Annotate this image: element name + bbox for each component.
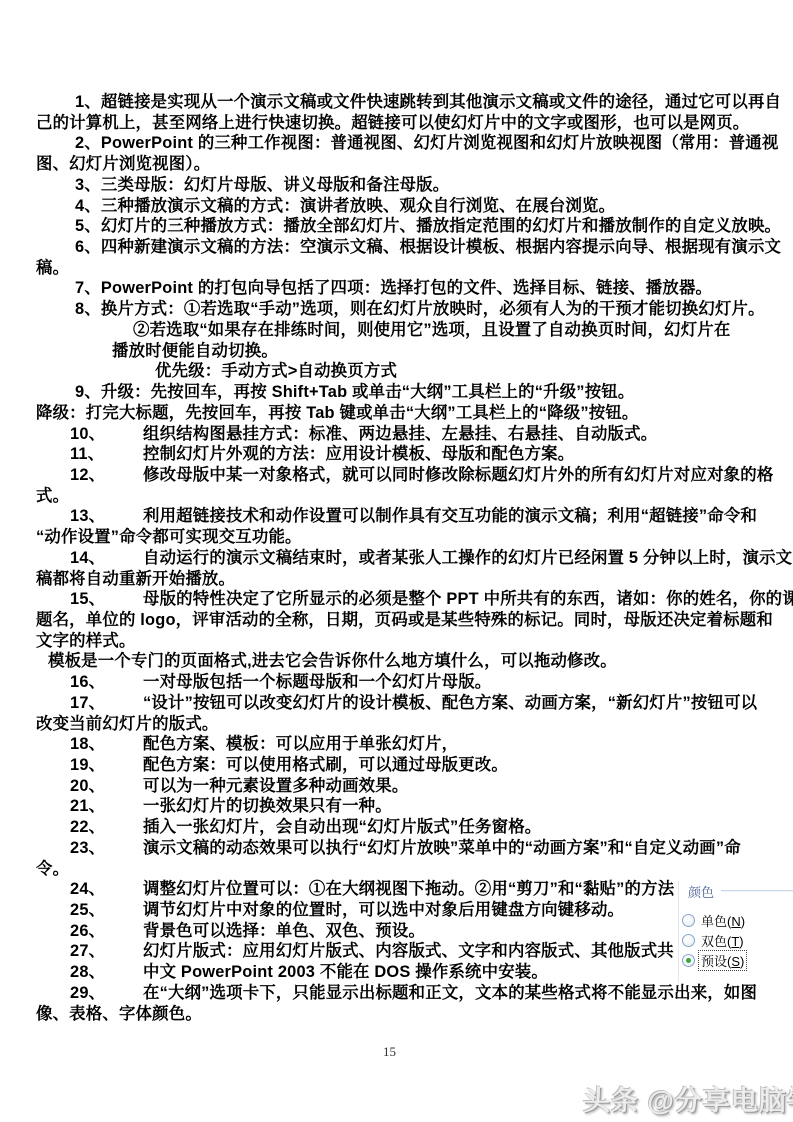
text-line: 13、利用超链接技术和动作设置可以制作具有交互功能的演示文稿；利用“超链接”命令… (70, 506, 760, 527)
list-item-number: 24、 (70, 879, 143, 900)
text-line: 19、配色方案：可以使用格式刷，可以通过母版更改。 (70, 755, 760, 776)
text-line: 降级：打完大标题，先按回车，再按 Tab 键或单击“大纲”工具栏上的“降级”按钮… (36, 403, 760, 424)
text-line: 己的计算机上，甚至网络上进行快速切换。超链接可以使幻灯片中的文字或图形，也可以是… (36, 113, 760, 134)
text-line: 1、超链接是实现从一个演示文稿或文件快速跳转到其他演示文稿或文件的途径，通过它可… (75, 92, 760, 113)
watermark-text: 头条 @分享电脑学习 (583, 1079, 793, 1118)
groupbox-divider (721, 890, 793, 892)
radio-option-N[interactable]: 单色(N) (682, 910, 747, 930)
radio-icon[interactable] (682, 934, 695, 947)
radio-option-T[interactable]: 双色(T) (682, 930, 747, 950)
text-line: 20、可以为一种元素设置多种动画效果。 (70, 776, 760, 797)
text-line: 播放时便能自动切换。 (112, 341, 760, 362)
color-group-title: 颜色 (688, 882, 714, 901)
text-line: 23、演示文稿的动态效果可以执行“幻灯片放映”菜单中的“动画方案”和“自定义动画… (70, 838, 760, 859)
text-line: 29、在“大纲”选项卡下，只能显示出标题和正文，文本的某些格式将不能显示出来，如… (70, 983, 760, 1004)
color-options: 单色(N)双色(T)预设(S) (682, 910, 747, 970)
text-line: 令。 (36, 859, 760, 880)
radio-option-S[interactable]: 预设(S) (682, 950, 747, 970)
text-line: 像、表格、字体颜色。 (36, 1004, 760, 1025)
text-line: ②若选取“如果存在排练时间，则使用它”选项，且设置了自动换页时间，幻灯片在 (133, 320, 760, 341)
text-line: 改变当前幻灯片的版式。 (36, 714, 760, 735)
text-line: 26、背景色可以选择：单色、双色、预设。 (70, 921, 760, 942)
list-item-number: 22、 (70, 817, 143, 838)
list-item-number: 23、 (70, 838, 143, 859)
text-line: 9、升级：先按回车，再按 Shift+Tab 或单击“大纲”工具栏上的“升级”按… (75, 382, 760, 403)
list-item-number: 29、 (70, 983, 143, 1004)
text-line: 优先级：手动方式>自动换页方式 (155, 361, 760, 382)
text-line: 式。 (36, 486, 760, 507)
text-line: 稿都将自动重新开始播放。 (36, 569, 760, 590)
text-line: 24、调整幻灯片位置可以：①在大纲视图下拖动。②用“剪刀”和“黏贴”的方法 (70, 879, 760, 900)
text-line: 17、“设计”按钮可以改变幻灯片的设计模板、配色方案、动画方案，“新幻灯片”按钮… (70, 693, 760, 714)
text-line: 2、PowerPoint 的三种工作视图：普通视图、幻灯片浏览视图和幻灯片放映视… (75, 133, 760, 154)
document-body: 1、超链接是实现从一个演示文稿或文件快速跳转到其他演示文稿或文件的途径，通过它可… (36, 92, 760, 1024)
text-line: 27、幻灯片版式：应用幻灯片版式、内容版式、文字和内容版式、其他版式共 31 (70, 941, 760, 962)
list-item-number: 19、 (70, 755, 143, 776)
text-line: 4、三种播放演示文稿的方式：演讲者放映、观众自行浏览、在展台浏览。 (75, 196, 760, 217)
text-line: 28、中文 PowerPoint 2003 不能在 DOS 操作系统中安装。 (70, 962, 760, 983)
text-line: 7、PowerPoint 的打包向导包括了四项：选择打包的文件、选择目标、链接、… (75, 278, 760, 299)
text-line: 稿。 (36, 258, 760, 279)
radio-option-label: 双色(T) (699, 931, 746, 950)
list-item-number: 28、 (70, 962, 143, 983)
list-item-number: 13、 (70, 506, 143, 527)
radio-icon[interactable] (682, 914, 695, 927)
list-item-number: 21、 (70, 796, 143, 817)
text-line: 题名，单位的 logo，评审活动的全称，日期，页码或是某些特殊的标记。同时，母版… (36, 610, 760, 631)
page-number: 15 (0, 1044, 779, 1060)
radio-option-label: 预设(S) (699, 951, 746, 970)
color-group-panel: 颜色 单色(N)双色(T)预设(S) (678, 881, 793, 983)
list-item-number: 14、 (70, 548, 143, 569)
list-item-number: 17、 (70, 693, 143, 714)
text-line: 16、一对母版包括一个标题母版和一个幻灯片母版。 (70, 672, 760, 693)
list-item-number: 10、 (70, 424, 143, 445)
text-line: 18、配色方案、模板：可以应用于单张幻灯片， (70, 734, 760, 755)
text-line: 21、一张幻灯片的切换效果只有一种。 (70, 796, 760, 817)
text-line: 22、插入一张幻灯片，会自动出现“幻灯片版式”任务窗格。 (70, 817, 760, 838)
list-item-number: 16、 (70, 672, 143, 693)
text-line: 25、调节幻灯片中对象的位置时，可以选中对象后用键盘方向键移动。 (70, 900, 760, 921)
list-item-number: 20、 (70, 776, 143, 797)
list-item-number: 12、 (70, 465, 143, 486)
text-line: 8、换片方式：①若选取“手动”选项，则在幻灯片放映时，必须有人为的干预才能切换幻… (75, 299, 760, 320)
list-item-number: 18、 (70, 734, 143, 755)
list-item-number: 25、 (70, 900, 143, 921)
text-line: 3、三类母版：幻灯片母版、讲义母版和备注母版。 (75, 175, 760, 196)
text-line: 6、四种新建演示文稿的方法：空演示文稿、根据设计模板、根据内容提示向导、根据现有… (75, 237, 760, 258)
radio-selected-icon[interactable] (682, 954, 695, 967)
list-item-number: 11、 (70, 444, 143, 465)
text-line: 5、幻灯片的三种播放方式：播放全部幻灯片、播放指定范围的幻灯片和播放制作的自定义… (75, 216, 760, 237)
text-line: 模板是一个专门的页面格式,进去它会告诉你什么地方填什么，可以拖动修改。 (48, 651, 760, 672)
text-line: 14、自动运行的演示文稿结束时，或者某张人工操作的幻灯片已经闲置 5 分钟以上时… (70, 548, 760, 569)
text-line: 11、控制幻灯片外观的方法：应用设计模板、母版和配色方案。 (70, 444, 760, 465)
list-item-number: 26、 (70, 921, 143, 942)
list-item-number: 27、 (70, 941, 143, 962)
radio-option-label: 单色(N) (699, 911, 747, 930)
text-line: 图、幻灯片浏览视图）。 (36, 154, 760, 175)
text-line: 12、修改母版中某一对象格式，就可以同时修改除标题幻灯片外的所有幻灯片对应对象的… (70, 465, 760, 486)
text-line: 10、组织结构图悬挂方式：标准、两边悬挂、左悬挂、右悬挂、自动版式。 (70, 424, 760, 445)
text-line: 文字的样式。 (36, 631, 760, 652)
text-line: “动作设置”命令都可实现交互功能。 (36, 527, 760, 548)
text-line: 15、母版的特性决定了它所显示的必须是整个 PPT 中所共有的东西，诸如：你的姓… (70, 589, 760, 610)
list-item-number: 15、 (70, 589, 143, 610)
